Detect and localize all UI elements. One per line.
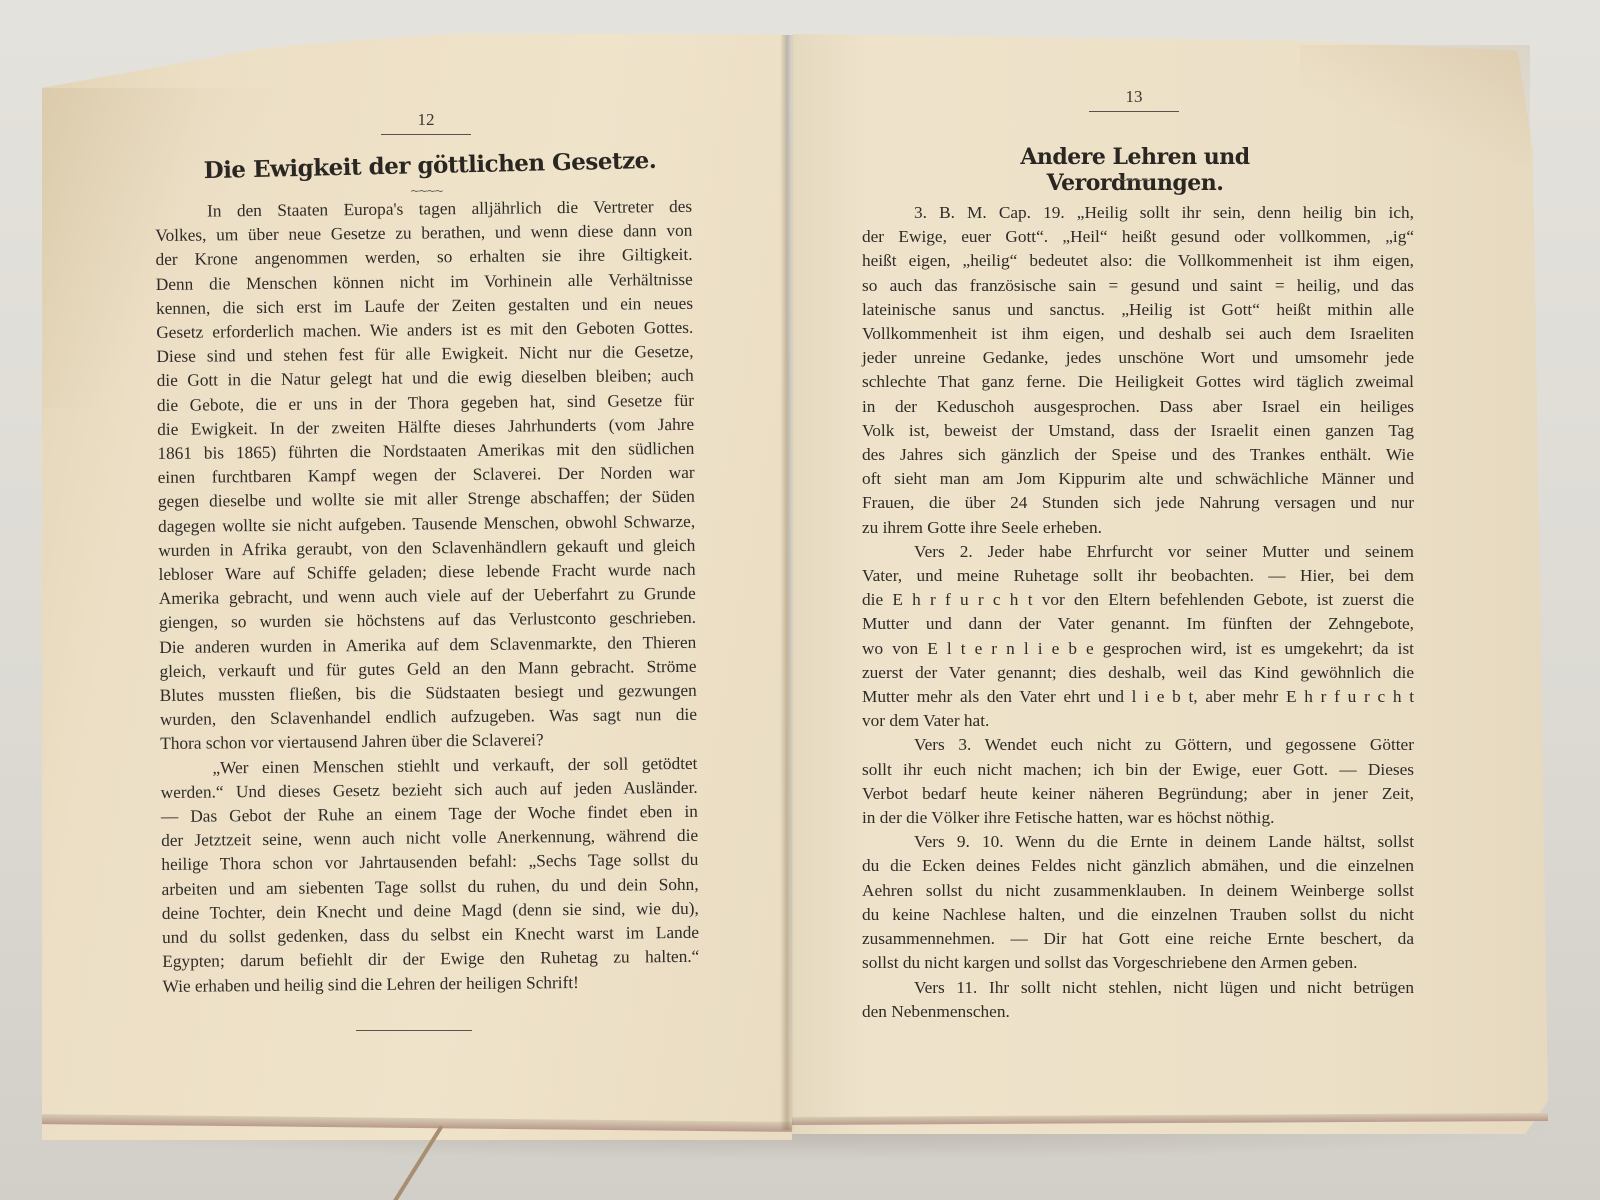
text-line: in der die Völker ihre Fetische hatten, … (862, 806, 1414, 830)
left-heading-ornament: ~~~~ (396, 184, 456, 198)
page-number-text: 12 (418, 110, 435, 129)
text-line: Aehren sollst du nicht zusammenklauben. … (862, 879, 1414, 903)
text-line: jeder unreine Gedanke, jedes unschöne Wo… (862, 346, 1414, 370)
left-page-number: 12 (376, 110, 476, 135)
text-line: sollst du nicht kargen und sollst das Vo… (862, 951, 1414, 975)
text-line: zu ihrem Gotte ihre Seele erheben. (862, 516, 1414, 540)
text-line: der Ewige, euer Gott“. „Heil“ heißt gesu… (862, 225, 1414, 249)
text-line: Wie erhaben und heilig sind die Lehren d… (162, 969, 699, 998)
text-line: Frauen, die über 24 Stunden sich jede Na… (862, 491, 1414, 515)
text-line: wo von E l t e r n l i e b e gesprochen … (862, 637, 1414, 661)
text-line: du die Ecken deines Feldes nicht gänzlic… (862, 854, 1414, 878)
text-line: Vater, und meine Ruhetage sollt ihr beob… (862, 564, 1414, 588)
text-line: die E h r f u r c h t vor den Eltern bef… (862, 588, 1414, 612)
text-line: Vers 11. Ihr sollt nicht stehlen, nicht … (862, 976, 1414, 1000)
text-line: schlechte That ganz ferne. Die Heiligkei… (862, 370, 1414, 394)
text-line: vor dem Vater hat. (862, 709, 1414, 733)
text-line: Egypten; darum befiehlt dir der Ewige de… (162, 945, 699, 974)
text-line: Verbot bedarf heute keiner näheren Begrü… (862, 782, 1414, 806)
text-line: in der Keduschoh ausgesprochen. Dass abe… (862, 395, 1414, 419)
text-line: Vers 3. Wendet euch nicht zu Göttern, un… (862, 733, 1414, 757)
text-line: Vollkommenheit ist ihm eigen, und deshal… (862, 322, 1414, 346)
right-page-body: 3. B. M. Cap. 19. „Heilig sollt ihr sein… (862, 201, 1414, 1024)
text-line: Vers 2. Jeder habe Ehrfurcht vor seiner … (862, 540, 1414, 564)
text-line: zuerst der Vater genannt; dies deshalb, … (862, 661, 1414, 685)
text-line: 3. B. M. Cap. 19. „Heilig sollt ihr sein… (862, 201, 1414, 225)
text-line: oft sieht man am Jom Kippurim alte und s… (862, 467, 1414, 491)
text-line: du keine Nachlese halten, und die einzel… (862, 903, 1414, 927)
left-page-end-rule (356, 1030, 472, 1031)
text-line: sollt ihr euch nicht machen; ich bin der… (862, 758, 1414, 782)
book-gutter (780, 35, 794, 1130)
right-page-number: 13 (1084, 87, 1184, 112)
text-line: so auch das französische sain = gesund u… (862, 274, 1414, 298)
page-number-rule (381, 134, 471, 135)
right-page-heading: Andere Lehren und Verordnungen. (930, 144, 1340, 196)
text-line: heißt eigen, „heilig“ bedeutet also: die… (862, 249, 1414, 273)
text-line: Volk ist, beweist der Umstand, dass der … (862, 419, 1414, 443)
text-line: Vers 9. 10. Wenn du die Ernte in deinem … (862, 830, 1414, 854)
text-line: des Jahres sich gänzlich der Speise und … (862, 443, 1414, 467)
page-number-rule (1089, 111, 1179, 112)
page-number-text: 13 (1126, 87, 1143, 106)
left-page-body: In den Staaten Europa's tagen alljährlic… (155, 195, 700, 999)
text-line: lateinische sanus und sanctus. „Heilig i… (862, 298, 1414, 322)
text-line: zusammennehmen. — Dir hat Gott eine reic… (862, 927, 1414, 951)
text-line: Mutter mehr als den Vater ehrt und l i e… (862, 685, 1414, 709)
text-line: den Nebenmenschen. (862, 1000, 1414, 1024)
right-heading-ornament: ~~~~ (1104, 173, 1164, 187)
text-line: Mutter und dann der Vater genannt. Im fü… (862, 612, 1414, 636)
